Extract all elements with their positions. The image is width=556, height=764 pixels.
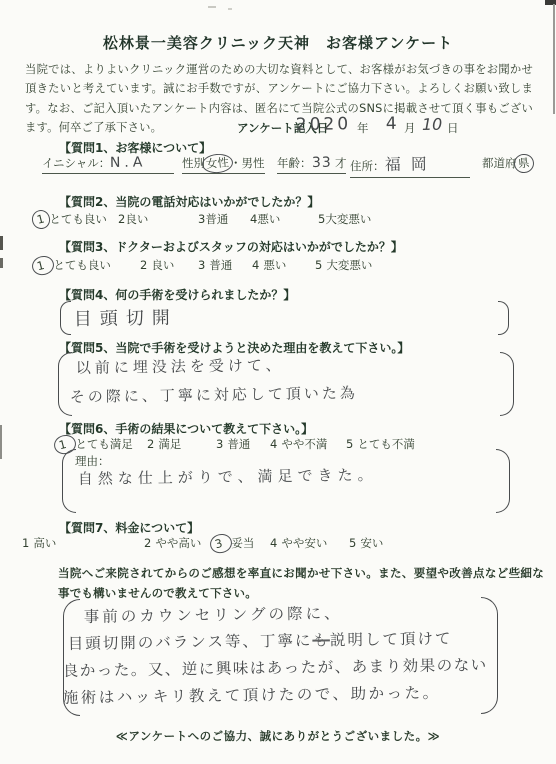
q2-option-5: 5大変悪い	[318, 211, 371, 227]
q3-heading: 【質問3、ドクターおよびスタッフの対応はいかがでしたか？】	[59, 238, 403, 255]
feedback-strikethrough: も	[312, 631, 330, 649]
gender-female: 女性	[205, 155, 229, 171]
date-day-suffix: 日	[447, 120, 459, 136]
q1-answer-row: イニシャル：N.A 性別女性・男性 年齢：33 才 住所：福岡 都道府県	[0, 152, 556, 176]
q6-reason-bracket-right	[496, 449, 510, 513]
feedback-line1: 事前のカウンセリングの際に、	[84, 601, 343, 627]
q7-heading: 【質問7、料金について】	[59, 519, 199, 536]
date-day-value: 10	[422, 115, 443, 134]
feedback-line2: 目頭切開のバランス等、丁寧にも説明して頂けて	[68, 627, 453, 654]
gender-group: 性別女性・男性	[182, 155, 265, 174]
q4-answer-bracket-left	[60, 301, 71, 335]
initial-value: N.A	[110, 154, 147, 171]
q7-option-5: 5安い	[349, 535, 383, 551]
q5-heading: 【質問5、当院で手術を受けようと決めた理由を教えて下さい。】	[59, 339, 409, 356]
q4-heading: 【質問4、何の手術を受けられましたか？】	[59, 286, 295, 303]
prefecture-prefix: 都道府	[482, 156, 517, 170]
date-month-suffix: 月	[404, 120, 416, 136]
feedback-instruction: 当院へご来院されてからのご感想を率直にお聞かせ下さい。また、要望や改善点など些細…	[58, 563, 544, 603]
q3-option-4: 4悪い	[252, 257, 286, 273]
q6-option-3: 3普通	[216, 436, 250, 452]
q2-option-4: 4悪い	[250, 211, 280, 227]
scan-artifact	[553, 4, 555, 114]
footer-thanks: ≪アンケートへのご協力、誠にありがとうございました。≫	[0, 728, 556, 744]
q4-answer: 目頭切開	[74, 304, 178, 331]
q5-answer-bracket-right	[500, 352, 514, 416]
scan-artifact	[208, 6, 216, 8]
q7-option-1: 1高い	[22, 535, 56, 551]
feedback-line3: 良かった。又、逆に興味はあったが、あまり効果のない	[63, 653, 488, 681]
q7-option-3: 3妥当	[216, 535, 254, 551]
q6-options: 1とても満足 2満足 3普通 4やや不満 5とても不満	[0, 436, 556, 454]
q2-heading: 【質問2、当院の電話対応はいかがでしたか？】	[59, 193, 319, 210]
date-month-value: 4	[386, 114, 397, 134]
initial-label: イニシャル：	[42, 156, 110, 170]
q6-heading: 【質問6、手術の結果について教えて下さい。】	[59, 420, 313, 437]
q7-option-4: 4やや安い	[270, 535, 327, 551]
q7-option-2: 2やや高い	[144, 535, 201, 551]
age-group: 年齢：33 才	[277, 155, 346, 174]
q6-option-4: 4やや不満	[270, 436, 327, 452]
page-title: 松林景一美容クリニック天神 お客様アンケート	[0, 32, 556, 53]
q6-reason-answer: 自然な仕上がりで、満足できた。	[78, 464, 378, 489]
q2-options: 1とても良い 2良い 3普通 4悪い 5大変悪い	[0, 211, 556, 229]
address-group: 住所：福岡	[350, 155, 470, 178]
q4-answer-bracket-right	[498, 301, 509, 335]
age-suffix: 才	[335, 156, 347, 170]
q5-answer-line1: 以前に埋没法を受けて、	[76, 354, 285, 378]
scan-artifact	[0, 236, 3, 250]
feedback-line2-pre: 目頭切開のバランス等、丁寧に	[68, 632, 313, 653]
date-year-suffix: 年	[357, 120, 369, 136]
date-year-value: 2020	[296, 114, 352, 135]
survey-scan-page: 松林景一美容クリニック天神 お客様アンケート 当院では、よりよいクリニック運営の…	[0, 0, 556, 764]
feedback-line2-post: 説明して頂けて	[330, 630, 453, 650]
date-row: アンケート記入日 2020 年 4 月 10 日	[0, 117, 556, 139]
prefecture-circle: 県	[513, 153, 534, 174]
age-value: 33	[311, 155, 331, 171]
address-value: 福岡	[384, 151, 436, 175]
q2-option-2: 2良い	[118, 211, 148, 227]
prefecture-circled: 県	[517, 156, 530, 171]
feedback-line4: 施術はハッキリ教えて頂けたので、助かった。	[63, 681, 441, 708]
age-label: 年齢：	[277, 156, 312, 170]
q3-options: 1とても良い 2良い 3普通 4悪い 5大変悪い	[0, 257, 556, 275]
scan-artifact	[228, 8, 232, 10]
initial-group: イニシャル：N.A	[42, 155, 174, 174]
q2-option-1: 1とても良い	[38, 211, 107, 227]
q3-option-3: 3普通	[198, 257, 232, 273]
q5-answer-line2: その際に、丁寧に対応して頂いた為	[70, 382, 358, 407]
q3-option-2: 2良い	[140, 257, 174, 273]
q2-option-3: 3普通	[198, 211, 228, 227]
q6-reason-bracket-left	[62, 449, 76, 513]
q3-option-5: 5大変悪い	[315, 257, 372, 273]
q6-option-5: 5とても不満	[346, 436, 415, 452]
prefecture-group: 都道府県	[482, 155, 530, 171]
q7-options: 1高い 2やや高い 3妥当 4やや安い 5安い	[0, 535, 556, 553]
address-label: 住所：	[350, 159, 385, 173]
q6-reason-label: 理由：	[75, 453, 110, 469]
q6-option-2: 2満足	[147, 436, 181, 452]
gender-male: 男性	[242, 156, 265, 170]
q3-option-1: 1とても良い	[38, 257, 111, 273]
gender-female-circle: 女性	[201, 153, 234, 175]
